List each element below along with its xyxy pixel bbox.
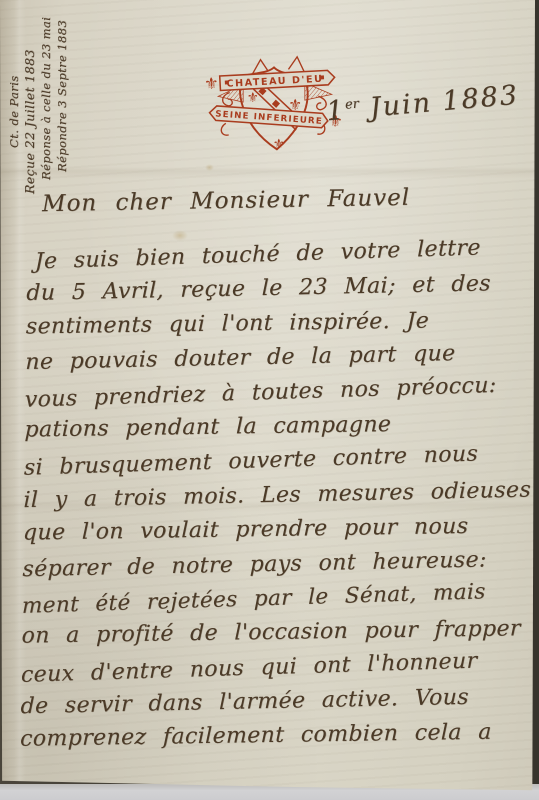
fleur-de-lis-icon: ⚜ (247, 90, 259, 106)
letter-line: sentiments qui l'ont inspirée. Je (25, 307, 533, 349)
annotation-line: Répondre 3 Septre 1883 (54, 6, 70, 206)
date-month-year: Juin 1883 (358, 80, 520, 125)
salutation: Mon cher Monsieur Fauvel (42, 185, 411, 217)
letter-paper: Ct. de Paris Reçue 22 Juillet 1883 Répon… (0, 0, 535, 795)
annotation-line: Reçue 22 Juillet 1883 (22, 6, 38, 206)
annotation-line: Réponse à celle du 23 mai (38, 6, 54, 206)
letter-line: comprenez facilement combien cela a (20, 720, 528, 762)
archival-annotation: Ct. de Paris Reçue 22 Juillet 1883 Répon… (6, 6, 70, 206)
paper-stain (172, 230, 188, 241)
photo-of-letter: Ct. de Paris Reçue 22 Juillet 1883 Répon… (0, 0, 539, 800)
annotation-line: Ct. de Paris (6, 6, 22, 206)
date-ordinal: er (344, 97, 359, 113)
paper-stain (205, 164, 214, 171)
fleur-de-lis-icon: ⚜ (273, 136, 285, 152)
letter-body: Je suis bien touché de votre lettre du 5… (20, 236, 535, 763)
fleur-de-lis-icon: ⚜ (204, 74, 220, 94)
date-line: 1er Juin 1883 (325, 80, 520, 128)
